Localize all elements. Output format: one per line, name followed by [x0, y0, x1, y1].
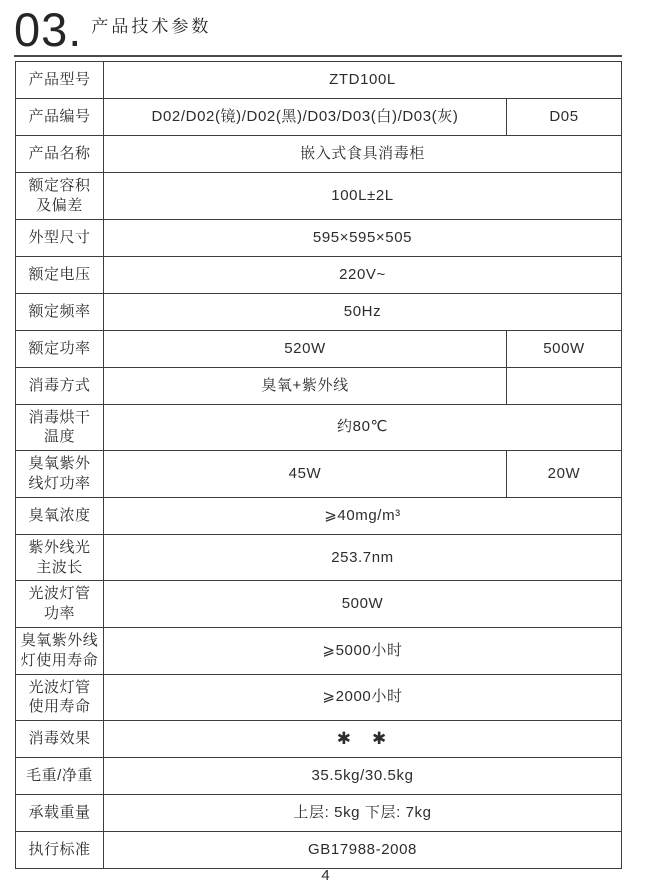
spec-row: 额定电压220V~ [16, 257, 621, 294]
spec-table: 产品型号ZTD100L产品编号D02/D02(镜)/D02(黑)/D03/D03… [15, 61, 622, 869]
spec-label: 额定电压 [16, 257, 104, 293]
spec-label: 消毒方式 [16, 368, 104, 404]
spec-row: 光波灯管 功率500W [16, 581, 621, 628]
spec-value: 595×595×505 [104, 220, 621, 256]
spec-value: ⩾5000小时 [104, 628, 621, 674]
spec-label: 产品编号 [16, 99, 104, 135]
spec-row: 执行标准GB17988-2008 [16, 832, 621, 868]
spec-label: 光波灯管 使用寿命 [16, 675, 104, 721]
spec-row: 产品名称嵌入式食具消毒柜 [16, 136, 621, 173]
spec-row: 额定功率520W500W [16, 331, 621, 368]
page-number: 4 [0, 867, 651, 884]
spec-row: 毛重/净重35.5kg/30.5kg [16, 758, 621, 795]
spec-value: 臭氧+紫外线 [104, 368, 506, 404]
spec-label: 臭氧紫外 线灯功率 [16, 451, 104, 497]
spec-value: 嵌入式食具消毒柜 [104, 136, 621, 172]
spec-row: 产品型号ZTD100L [16, 62, 621, 99]
document-page: 03. 产品技术参数 产品型号ZTD100L产品编号D02/D02(镜)/D02… [0, 0, 651, 890]
spec-label: 外型尺寸 [16, 220, 104, 256]
spec-row: 消毒烘干 温度约80℃ [16, 405, 621, 452]
spec-value: 500W [104, 581, 621, 627]
spec-value-secondary: D05 [506, 99, 621, 135]
spec-value: ⩾2000小时 [104, 675, 621, 721]
spec-label: 紫外线光 主波长 [16, 535, 104, 581]
spec-value: 35.5kg/30.5kg [104, 758, 621, 794]
spec-value: ⩾40mg/m³ [104, 498, 621, 534]
spec-row: 额定容积 及偏差100L±2L [16, 173, 621, 220]
spec-value: 253.7nm [104, 535, 621, 581]
spec-value: 520W [104, 331, 506, 367]
spec-value: 上层: 5kg 下层: 7kg [104, 795, 621, 831]
spec-value: ZTD100L [104, 62, 621, 98]
header-underline [14, 55, 622, 57]
spec-row: 臭氧紫外 线灯功率45W20W [16, 451, 621, 498]
spec-label: 臭氧浓度 [16, 498, 104, 534]
spec-value: 45W [104, 451, 506, 497]
spec-label: 消毒烘干 温度 [16, 405, 104, 451]
spec-row: 紫外线光 主波长253.7nm [16, 535, 621, 582]
spec-value: D02/D02(镜)/D02(黑)/D03/D03(白)/D03(灰) [104, 99, 506, 135]
section-title: 产品技术参数 [91, 12, 211, 37]
spec-label: 额定功率 [16, 331, 104, 367]
spec-row: 承载重量上层: 5kg 下层: 7kg [16, 795, 621, 832]
spec-value: ✱ ✱ [104, 721, 621, 757]
spec-value: 220V~ [104, 257, 621, 293]
spec-label: 毛重/净重 [16, 758, 104, 794]
spec-label: 承载重量 [16, 795, 104, 831]
spec-value-secondary [506, 368, 621, 404]
spec-value: GB17988-2008 [104, 832, 621, 868]
spec-value-secondary: 20W [506, 451, 621, 497]
spec-label: 额定频率 [16, 294, 104, 330]
spec-label: 消毒效果 [16, 721, 104, 757]
spec-value: 100L±2L [104, 173, 621, 219]
spec-row: 光波灯管 使用寿命⩾2000小时 [16, 675, 621, 722]
spec-value: 约80℃ [104, 405, 621, 451]
spec-label: 额定容积 及偏差 [16, 173, 104, 219]
section-header: 03. 产品技术参数 [14, 5, 622, 55]
spec-row: 臭氧紫外线 灯使用寿命⩾5000小时 [16, 628, 621, 675]
spec-label: 产品名称 [16, 136, 104, 172]
spec-row: 产品编号D02/D02(镜)/D02(黑)/D03/D03(白)/D03(灰)D… [16, 99, 621, 136]
spec-label: 光波灯管 功率 [16, 581, 104, 627]
spec-value: 50Hz [104, 294, 621, 330]
spec-label: 执行标准 [16, 832, 104, 868]
spec-value-secondary: 500W [506, 331, 621, 367]
spec-row: 臭氧浓度⩾40mg/m³ [16, 498, 621, 535]
spec-row: 额定频率50Hz [16, 294, 621, 331]
spec-label: 臭氧紫外线 灯使用寿命 [16, 628, 104, 674]
spec-row: 消毒效果✱ ✱ [16, 721, 621, 758]
section-number: 03. [14, 5, 82, 55]
spec-label: 产品型号 [16, 62, 104, 98]
spec-row: 外型尺寸595×595×505 [16, 220, 621, 257]
spec-row: 消毒方式臭氧+紫外线 [16, 368, 621, 405]
